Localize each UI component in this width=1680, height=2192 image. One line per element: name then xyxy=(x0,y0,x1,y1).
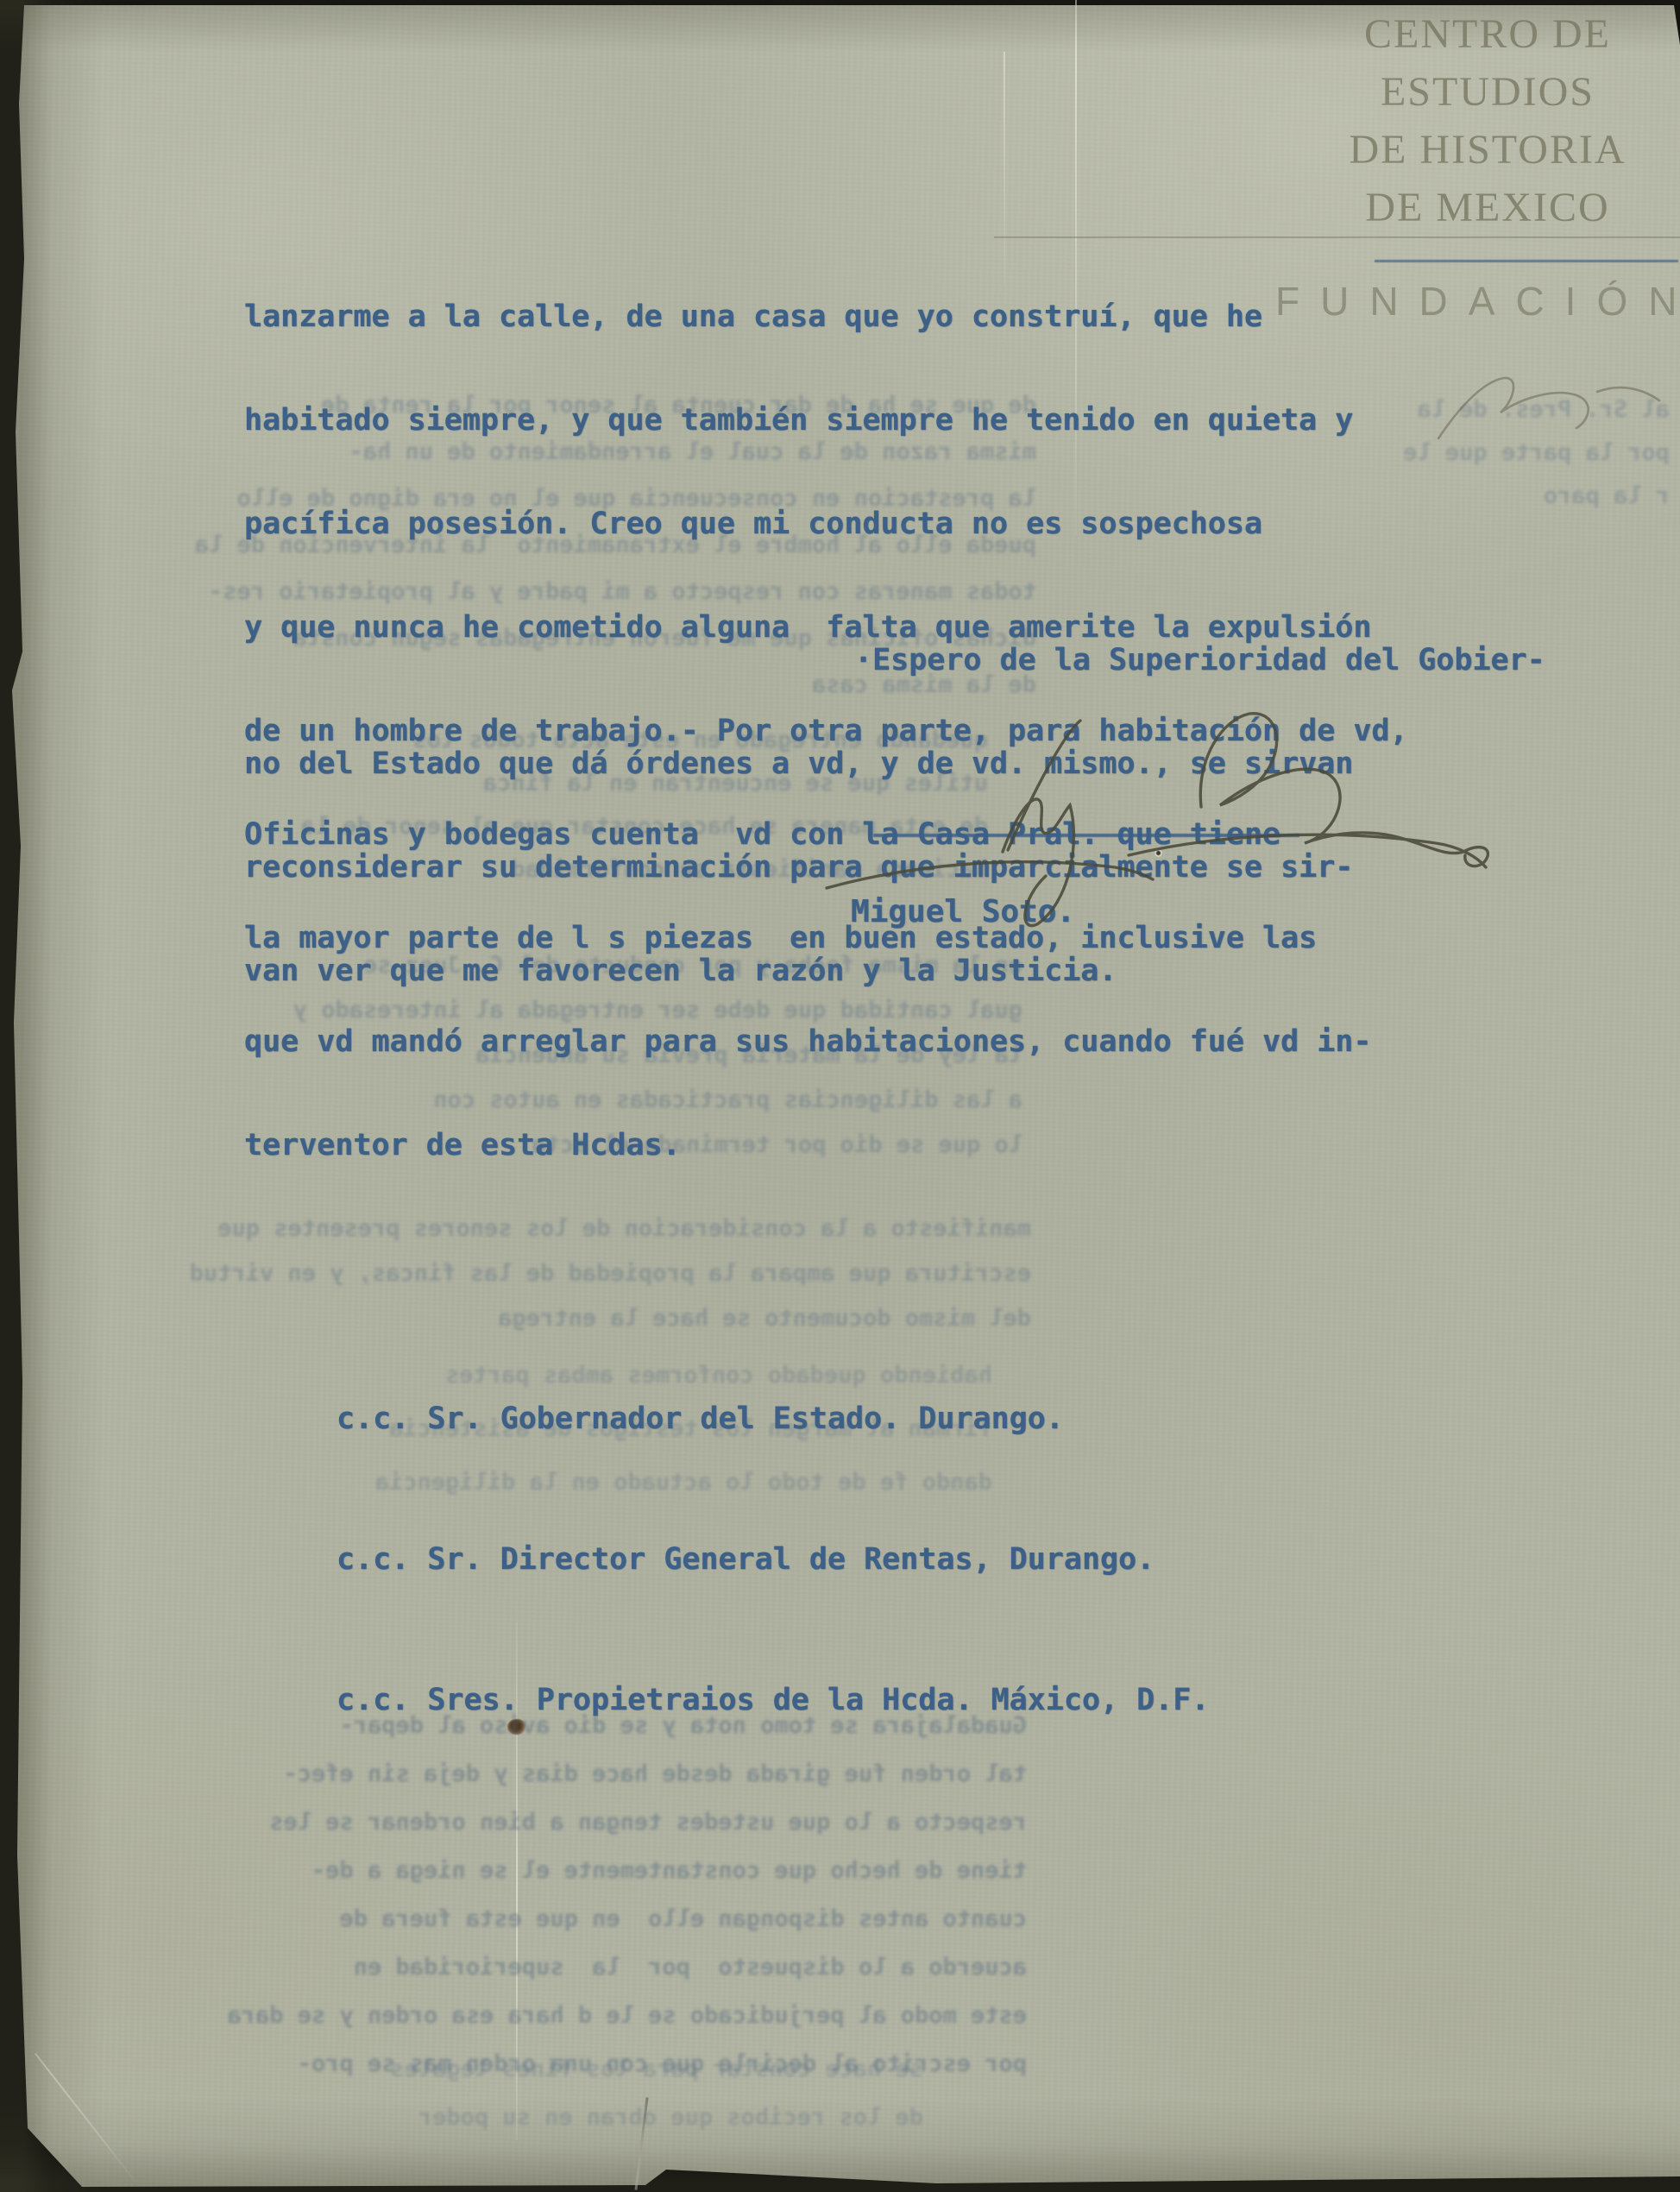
watermark-line: DE HISTORIA xyxy=(1319,121,1656,179)
cc-line: c.c. Sres. Propietraios de la Hcda. Máxi… xyxy=(337,1665,1209,1736)
typed-line: que vd mandó arreglar para sus habitacio… xyxy=(244,1024,1408,1059)
archive-watermark: CENTRO DE ESTUDIOS DE HISTORIA DE MEXICO xyxy=(1319,5,1656,236)
cc-line: c.c. Sr. Gobernador del Estado. Durango. xyxy=(337,1383,1209,1455)
bleed-through-line: acuerdo a lo dispuesto por la superiorid… xyxy=(35,1943,1027,1992)
bleed-through-line: respecto a lo que ustedes tengan a bien … xyxy=(35,1798,1027,1847)
cc-list: c.c. Sr. Gobernador del Estado. Durango.… xyxy=(337,1314,1209,1771)
typed-line: terventor de esta Hcdas. xyxy=(244,1128,1408,1162)
typed-rule-line xyxy=(1375,260,1678,262)
cc-line: c.c. Sr. Director General de Rentas, Dur… xyxy=(337,1524,1209,1596)
bleed-through-line: se hace constar para los fines legales xyxy=(60,2045,923,2094)
typed-line: lanzarme a la calle, de una casa que yo … xyxy=(244,299,1408,334)
pencil-annotation xyxy=(1428,352,1680,456)
watermark-line: CENTRO DE xyxy=(1319,5,1656,63)
watermark-line: ESTUDIOS xyxy=(1319,63,1656,121)
typed-line: habitado siempre, y que también siempre … xyxy=(244,403,1408,438)
typed-line: van ver que me favorecen la razón y la J… xyxy=(244,954,1545,988)
watermark-line: DE MEXICO xyxy=(1319,179,1656,236)
bleed-through-line: tiene de hecho que constantemente el se … xyxy=(35,1847,1027,1895)
scanned-letter-page: { "colors":{ "background":"#0a0a08", "pa… xyxy=(0,0,1680,2192)
typed-line: ·Espero de la Superioridad del Gobier- xyxy=(244,643,1545,677)
bleed-through-line: manifiesto a la consideracion de los sen… xyxy=(39,1206,1031,1251)
watermark-underline xyxy=(994,236,1680,238)
bleed-through-line: escritura que ampara la propiedad de las… xyxy=(39,1251,1031,1296)
bleed-through-line: de los recibos que obran en su poder xyxy=(60,2094,923,2142)
handwritten-signature xyxy=(811,703,1519,928)
bleed-through-block: se hace constar para los fines legalesde… xyxy=(60,2045,923,2142)
typed-line: pacífica posesión. Creo que mi conducta … xyxy=(244,507,1408,541)
bleed-through-line: este modo al perjudicado se le d hara es… xyxy=(35,1992,1027,2040)
bleed-through-line: cuanto antes dispongan ello en que esta … xyxy=(35,1895,1027,1943)
